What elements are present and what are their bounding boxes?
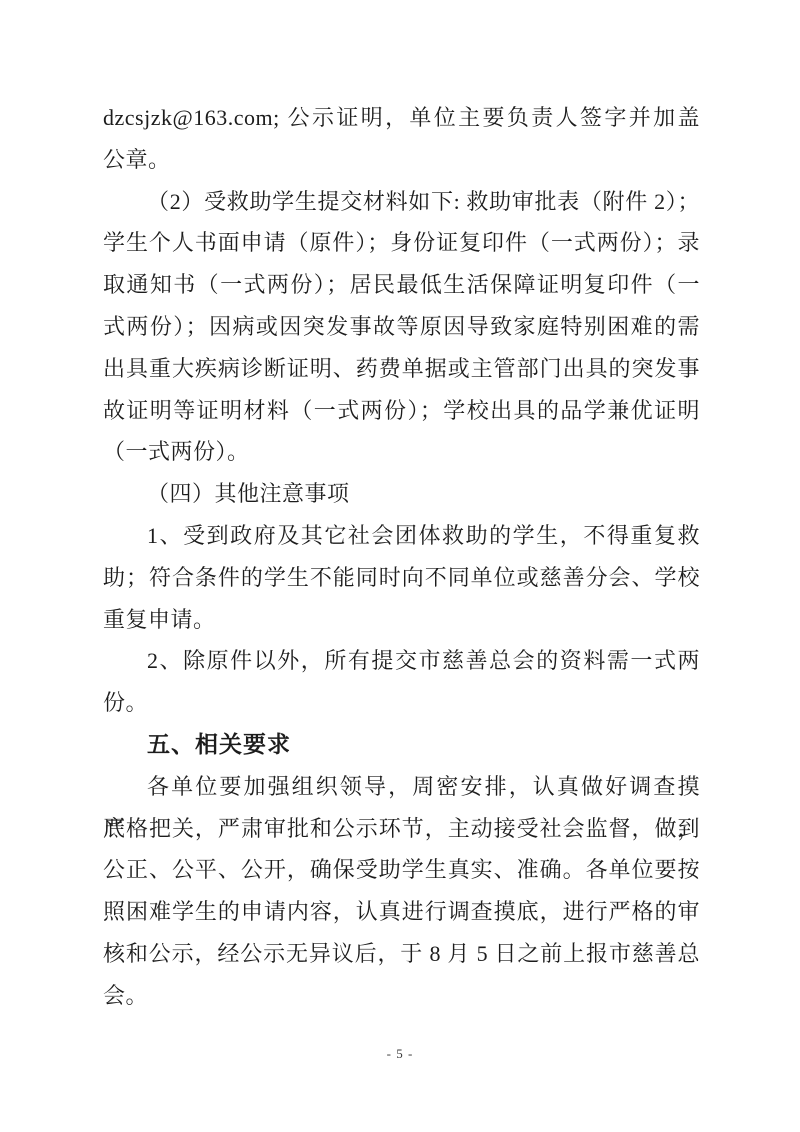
doc-line: 重复申请。 bbox=[103, 599, 700, 641]
section-heading: 五、相关要求 bbox=[103, 724, 700, 766]
doc-line: 各单位要加强组织领导，周密安排，认真做好调查摸底， bbox=[103, 766, 700, 808]
doc-line: 公正、公平、公开，确保受助学生真实、准确。各单位要按 bbox=[103, 849, 700, 891]
doc-line: 1、受到政府及其它社会团体救助的学生，不得重复救 bbox=[103, 515, 700, 557]
doc-line: 出具重大疾病诊断证明、药费单据或主管部门出具的突发事 bbox=[103, 348, 700, 390]
doc-line: dzcsjzk@163.com; 公示证明，单位主要负责人签字并加盖 bbox=[103, 97, 700, 139]
doc-line: 学生个人书面申请（原件）；身份证复印件（一式两份）；录 bbox=[103, 222, 700, 264]
doc-line: （一式两份）。 bbox=[103, 431, 700, 473]
doc-line: 严格把关，严肃审批和公示环节，主动接受社会监督，做到 bbox=[103, 808, 700, 850]
doc-line: 公章。 bbox=[103, 139, 700, 181]
doc-line: 核和公示，经公示无异议后，于 8 月 5 日之前上报市慈善总 bbox=[103, 933, 700, 975]
doc-line: 2、除原件以外，所有提交市慈善总会的资料需一式两 bbox=[103, 640, 700, 682]
document-page: dzcsjzk@163.com; 公示证明，单位主要负责人签字并加盖 公章。 （… bbox=[0, 0, 800, 1132]
doc-subheading: （四）其他注意事项 bbox=[103, 473, 700, 515]
doc-line: 取通知书（一式两份）；居民最低生活保障证明复印件（一 bbox=[103, 264, 700, 306]
document-body: dzcsjzk@163.com; 公示证明，单位主要负责人签字并加盖 公章。 （… bbox=[103, 97, 700, 1017]
doc-line: 式两份）；因病或因突发事故等原因导致家庭特别困难的需 bbox=[103, 306, 700, 348]
doc-line: 会。 bbox=[103, 975, 700, 1017]
doc-line: （2）受救助学生提交材料如下: 救助审批表（附件 2）； bbox=[103, 181, 700, 223]
doc-line: 助；符合条件的学生不能同时向不同单位或慈善分会、学校 bbox=[103, 557, 700, 599]
doc-line: 故证明等证明材料（一式两份）；学校出具的品学兼优证明 bbox=[103, 390, 700, 432]
doc-line: 份。 bbox=[103, 682, 700, 724]
page-number: - 5 - bbox=[0, 1046, 800, 1062]
doc-line: 照困难学生的申请内容，认真进行调查摸底，进行严格的审 bbox=[103, 891, 700, 933]
